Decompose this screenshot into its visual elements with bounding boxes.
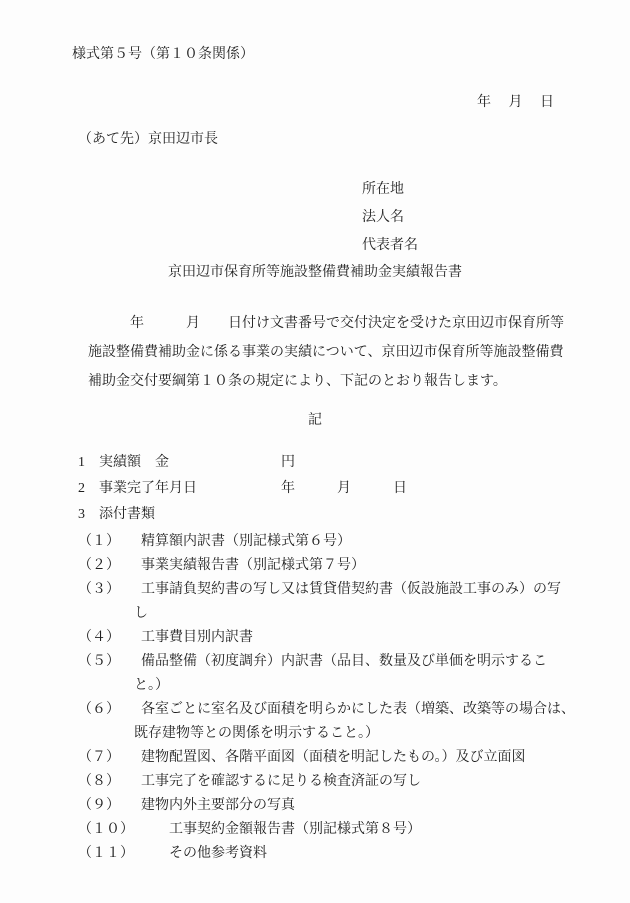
attachment-item-7: （７） 建物配置図、各階平面図（面積を明記したもの。）及び立面図 (78, 746, 575, 770)
sender-block: 所在地 法人名 代表者名 (362, 176, 418, 260)
document-page: 様式第５号（第１０条関係） 年 月 日 （あて先）京田辺市長 所在地 法人名 代… (0, 0, 630, 903)
attachment-item-1: （１） 精算額内訳書（別記様式第６号） (78, 530, 575, 554)
attachment-item-9: （９） 建物内外主要部分の写真 (78, 794, 575, 818)
body-paragraph-line-2: 施設整備費補助金に係る事業の実績について、京田辺市保育所等施設整備費 (88, 338, 564, 367)
list-item-attachments-heading: 3 添付書類 (78, 502, 407, 528)
attachment-item-3-continuation: し (134, 602, 575, 626)
attachment-list: （１） 精算額内訳書（別記様式第６号） （２） 事業実績報告書（別記様式第７号）… (78, 530, 575, 866)
ki-heading: 記 (0, 414, 630, 428)
attachment-item-8: （８） 工事完了を確認するに足りる検査済証の写し (78, 770, 575, 794)
numbered-items: 1 実績額 金 円 2 事業完了年月日 年 月 日 3 添付書類 (78, 450, 407, 528)
attachment-item-3: （３） 工事請負契約書の写し又は賃貸借契約書（仮設施設工事のみ）の写 (78, 578, 575, 602)
body-paragraph: 年 月 日付け文書番号で交付決定を受けた京田辺市保育所等 施設整備費補助金に係る… (88, 309, 564, 396)
list-item-amount: 1 実績額 金 円 (78, 450, 407, 476)
attachment-item-5-continuation: と。） (134, 674, 575, 698)
sender-address-label: 所在地 (362, 176, 418, 204)
attachment-item-6: （６） 各室ごとに室名及び面積を明らかにした表（増築、改築等の場合は、 (78, 698, 575, 722)
attachment-item-10: （１０） 工事契約金額報告書（別記様式第８号） (78, 818, 575, 842)
attachment-item-2: （２） 事業実績報告書（別記様式第７号） (78, 554, 575, 578)
attachment-item-4: （４） 工事費目別内訳書 (78, 626, 575, 650)
body-paragraph-line-1: 年 月 日付け文書番号で交付決定を受けた京田辺市保育所等 (88, 309, 564, 338)
addressee-line: （あて先）京田辺市長 (78, 133, 218, 147)
attachment-item-5: （５） 備品整備（初度調弁）内訳書（品目、数量及び単価を明示するこ (78, 650, 575, 674)
sender-corporation-label: 法人名 (362, 204, 418, 232)
attachment-item-6-continuation: 既存建物等との関係を明示すること。） (134, 722, 575, 746)
body-paragraph-line-3: 補助金交付要綱第１０条の規定により、下記のとおり報告します。 (88, 367, 564, 396)
issue-date-line: 年 月 日 (0, 96, 630, 110)
sender-representative-label: 代表者名 (362, 232, 418, 260)
attachment-item-11: （１１） その他参考資料 (78, 842, 575, 866)
form-number: 様式第５号（第１０条関係） (72, 48, 254, 62)
list-item-completion-date: 2 事業完了年月日 年 月 日 (78, 476, 407, 502)
document-title: 京田辺市保育所等施設整備費補助金実績報告書 (0, 266, 630, 280)
